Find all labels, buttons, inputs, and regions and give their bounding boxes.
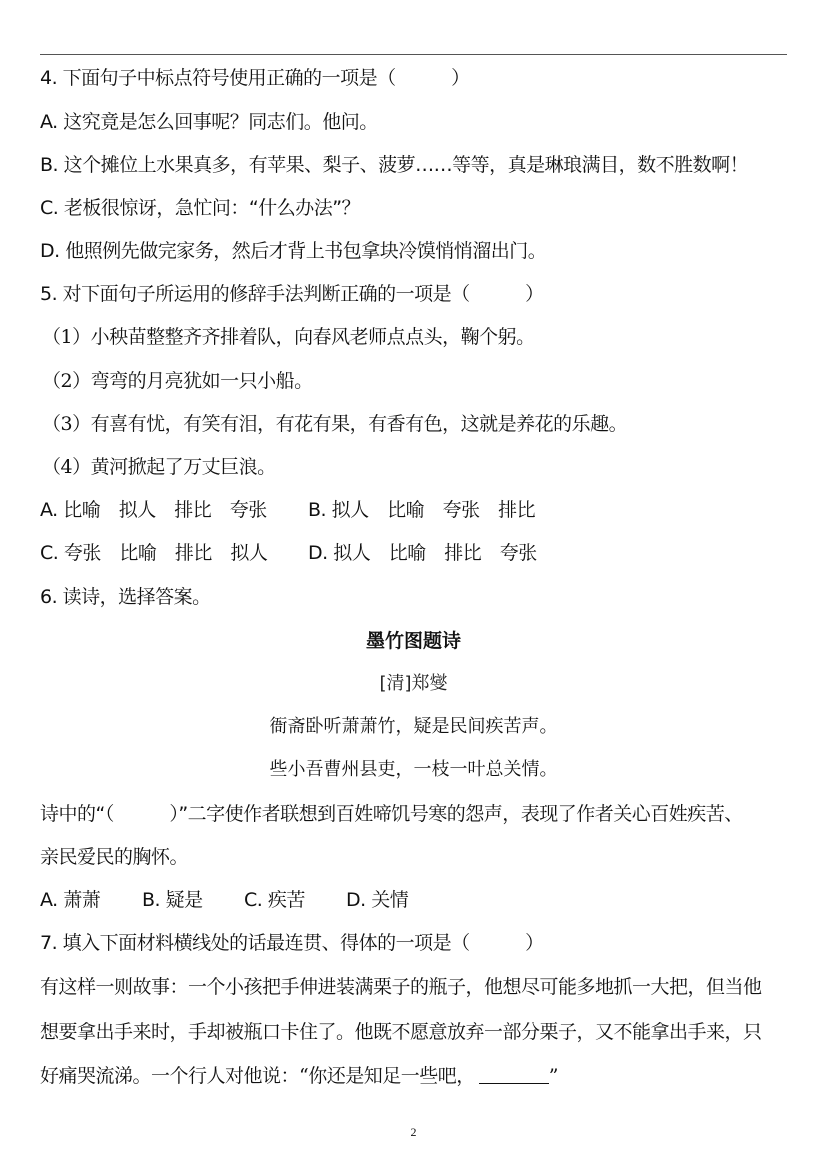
page-number: 2 [0,1125,827,1140]
q6-question-line-2: 亲民爱民的胸怀。 [40,845,188,869]
q5-stem: 5. 对下面句子所运用的修辞手法判断正确的一项是（ ） [40,282,544,306]
q4-stem: 4. 下面句子中标点符号使用正确的一项是（ ） [40,66,470,90]
q5-options-row-1: A. 比喻 拟人 排比 夸张B. 拟人 比喻 夸张 排比 [40,498,535,522]
q7-passage-line-3-text: 好痛哭流涕。一个行人对他说：“你还是知足一些吧， [40,1065,475,1087]
q5-option-a: A. 比喻 拟人 排比 夸张 [40,498,308,522]
poem-title: 墨竹图题诗 [0,629,827,653]
q6-option-a: A. 萧萧 [40,888,142,912]
q7-stem: 7. 填入下面材料横线处的话最连贯、得体的一项是（ ） [40,931,544,955]
q4-option-c: C. 老板很惊讶，急忙问：“什么办法”？ [40,196,360,220]
q5-option-d: D. 拟人 比喻 排比 夸张 [308,541,537,565]
q4-option-a: A. 这究竟是怎么回事呢？同志们。他问。 [40,110,378,134]
poem-author: [清]郑燮 [0,672,827,696]
q5-sentence-4: （4）黄河掀起了万丈巨浪。 [42,455,276,479]
poem-line-2: 些小吾曹州县吏，一枝一叶总关情。 [0,758,827,782]
header-divider [40,54,787,55]
q7-passage-line-1: 有这样一则故事：一个小孩把手伸进装满栗子的瓶子，他想尽可能多地抓一大把，但当他 [40,975,762,999]
q5-sentence-3: （3）有喜有忧，有笑有泪，有花有果，有香有色，这就是养花的乐趣。 [42,412,627,436]
q7-closing-quote: ” [549,1065,558,1087]
q6-question-line-1: 诗中的“（ ）”二字使作者联想到百姓啼饥号寒的怨声，表现了作者关心百姓疾苦、 [40,802,743,826]
q4-option-d: D. 他照例先做完家务，然后才背上书包拿块冷馍悄悄溜出门。 [40,239,546,263]
q4-option-b: B. 这个摊位上水果真多，有苹果、梨子、菠萝……等等，真是琳琅满目，数不胜数啊！ [40,153,748,177]
q6-option-b: B. 疑是 [142,888,244,912]
q7-passage-line-3: 好痛哭流涕。一个行人对他说：“你还是知足一些吧，” [40,1064,558,1088]
q6-option-d: D. 关情 [346,888,408,912]
q5-sentence-1: （1）小秧苗整整齐齐排着队，向春风老师点点头，鞠个躬。 [42,325,535,349]
q5-options-row-2: C. 夸张 比喻 排比 拟人D. 拟人 比喻 排比 夸张 [40,541,537,565]
q5-sentence-2: （2）弯弯的月亮犹如一只小船。 [42,369,313,393]
q6-option-c: C. 疾苦 [244,888,346,912]
poem-line-1: 衙斋卧听萧萧竹，疑是民间疾苦声。 [0,715,827,739]
q6-options: A. 萧萧B. 疑是C. 疾苦D. 关情 [40,888,408,912]
q5-option-c: C. 夸张 比喻 排比 拟人 [40,541,308,565]
q5-option-b: B. 拟人 比喻 夸张 排比 [308,498,535,522]
q7-answer-blank[interactable] [479,1065,549,1084]
q6-stem: 6. 读诗，选择答案。 [40,585,211,609]
q7-passage-line-2: 想要拿出手来时，手却被瓶口卡住了。他既不愿意放弃一部分栗子，又不能拿出手来，只 [40,1020,762,1044]
